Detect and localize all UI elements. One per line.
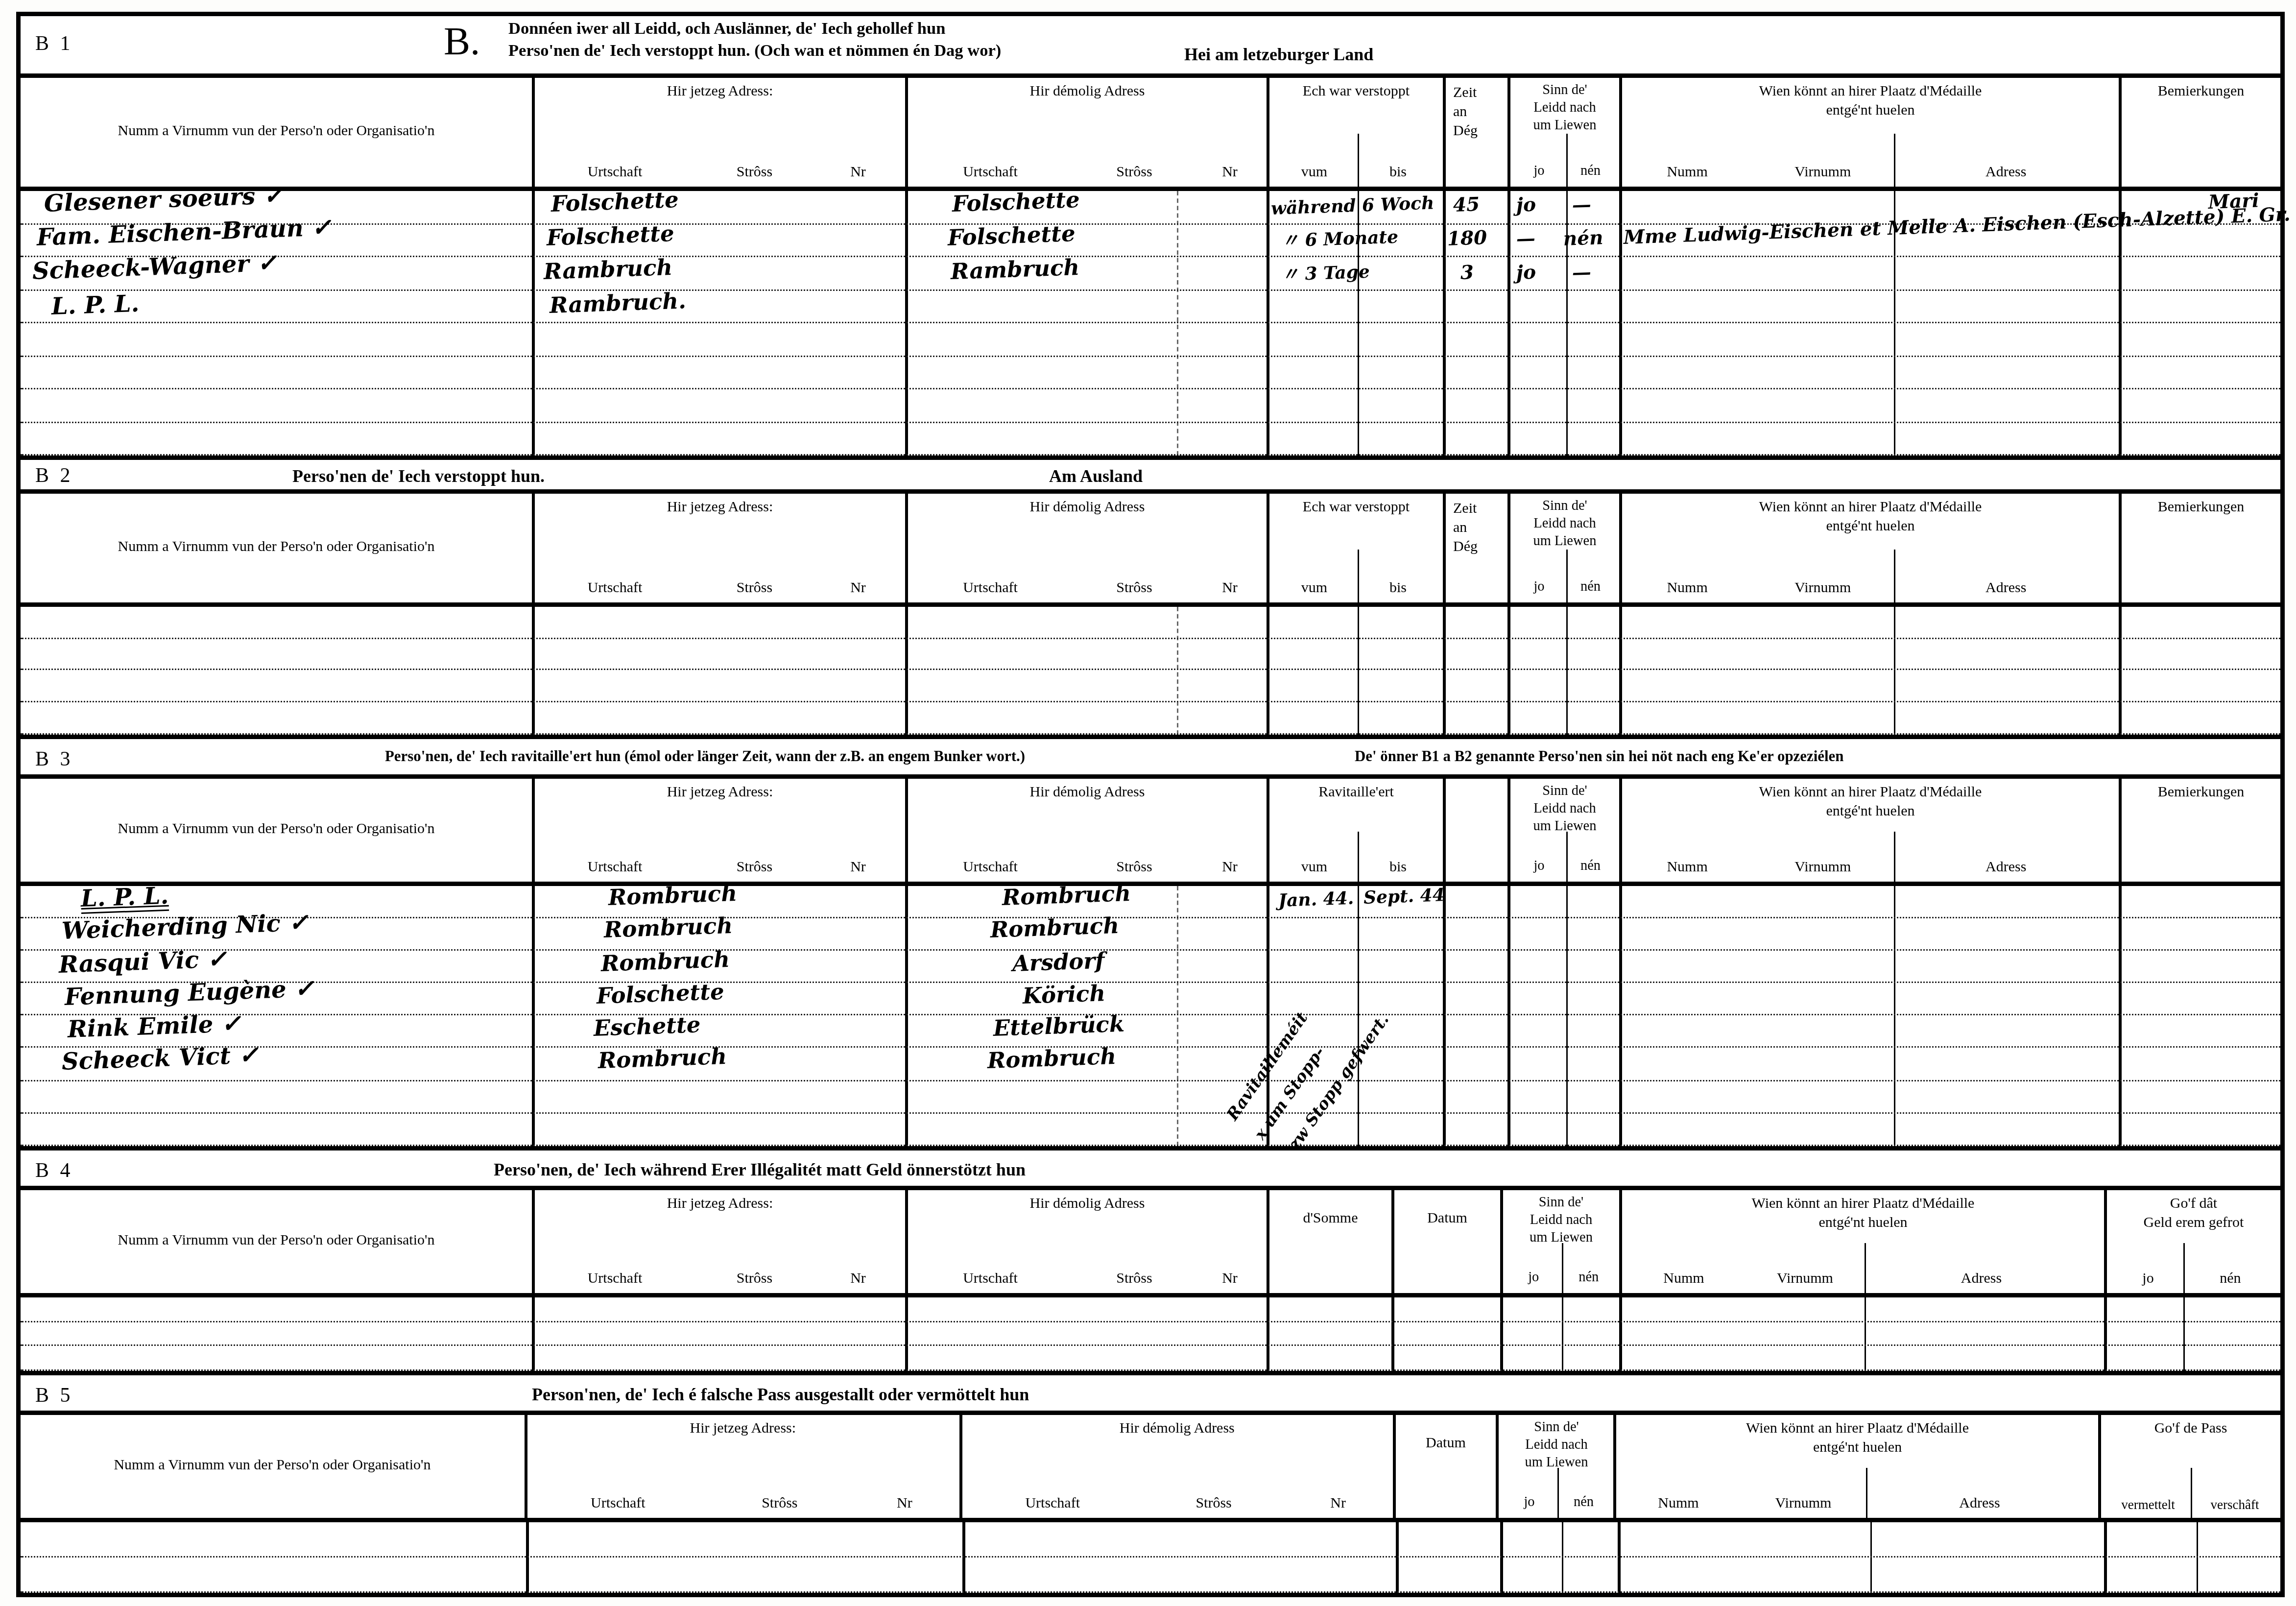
hw-b3-jetzeg-3: Folschette bbox=[596, 982, 724, 1008]
sub-numm: Numm bbox=[1625, 164, 1749, 183]
b5-data-area bbox=[21, 1522, 2280, 1593]
b3-col-zeit bbox=[1446, 779, 1510, 882]
b4-col-demolig: Hir démolig Adress UrtschaftStrôssNr bbox=[908, 1190, 1269, 1293]
medal-l1: Wien könnt an hirer Plaatz d'Médaille bbox=[1752, 1196, 1975, 1212]
b4-datum-label: Datum bbox=[1397, 1211, 1497, 1229]
b5-title: Person'nen, de' Iech é falsche Pass ausg… bbox=[532, 1384, 1029, 1406]
sub-adress: Adress bbox=[1869, 1495, 2090, 1514]
sub-jo: jo bbox=[1513, 860, 1565, 877]
sub-bis: bis bbox=[1356, 859, 1440, 878]
sub-stross: Strôss bbox=[692, 164, 817, 183]
section-b3-id: B 3 bbox=[35, 749, 73, 773]
sub-nr: Nr bbox=[817, 1270, 899, 1289]
hw-b3-jetzeg-1: Rombruch bbox=[603, 915, 733, 942]
b3-title2: De' önner B1 a B2 genannte Perso'nen sin… bbox=[1355, 749, 1844, 766]
hw-b3-vum: Jan. 44. bbox=[1278, 889, 1354, 910]
sub-stross: Strôss bbox=[706, 1495, 853, 1514]
sinn-l2: Leidd nach bbox=[1525, 1438, 1587, 1453]
hw-b3-name-5: Scheeck Vict ✓ bbox=[61, 1044, 259, 1074]
medal-l1: Wien könnt an hirer Plaatz d'Médaille bbox=[1746, 1421, 1969, 1437]
sub-numm: Numm bbox=[1620, 1495, 1737, 1514]
hw-b1-jetzeg-0: Folschette bbox=[550, 190, 679, 216]
sub-nen: nén bbox=[1556, 1496, 1611, 1513]
gof-pass-label: Go'f de Pass bbox=[2104, 1421, 2277, 1439]
b3-demolig-label: Hir démolig Adress bbox=[911, 785, 1264, 803]
b2-bem-label: Bemierkungen bbox=[2125, 500, 2277, 518]
hw-b1-zeit-0: 45 bbox=[1453, 196, 1480, 216]
b2-title: Perso'nen de' Iech verstoppt hun. bbox=[292, 466, 545, 488]
b4-col-medal: Wien könnt an hirer Plaatz d'Médailleent… bbox=[1622, 1190, 2107, 1293]
b1-col-jetzeg: Hir jetzeg Adress: UrtschaftStrôssNr bbox=[535, 78, 908, 187]
b4-col-name: Numm a Virnumm vun der Perso'n oder Orga… bbox=[21, 1190, 535, 1293]
b4-data-area bbox=[21, 1297, 2280, 1371]
b5-datum-label: Datum bbox=[1398, 1436, 1493, 1454]
sub-urtschaft: Urtschaft bbox=[530, 1495, 706, 1514]
sub-numm: Numm bbox=[1625, 859, 1749, 878]
sub-nen: nén bbox=[1565, 860, 1616, 877]
zeit-l3: Dég bbox=[1453, 539, 1478, 555]
b2-col-bemierkungen: Bemierkungen bbox=[2122, 494, 2280, 602]
sub-stross: Strôss bbox=[692, 580, 817, 599]
sinn-l2: Leidd nach bbox=[1533, 517, 1596, 532]
b2-col-verstoppt: Ech war verstoppt vumbis bbox=[1269, 494, 1446, 602]
zeit-l2: an bbox=[1453, 104, 1467, 120]
hw-b3-name-4: Rink Emile ✓ bbox=[67, 1012, 241, 1042]
b5-col-gof-pass: Go'f de Pass vermetteltverschâft bbox=[2101, 1415, 2280, 1518]
section-b4-id: B 4 bbox=[35, 1161, 73, 1184]
b1-demolig-label: Hir démolig Adress bbox=[911, 84, 1264, 102]
sinn-l1: Sinn de' bbox=[1542, 500, 1587, 514]
b2-row-lines bbox=[21, 607, 2280, 735]
sub-jo: jo bbox=[1513, 580, 1565, 598]
b3-row-lines bbox=[21, 886, 2280, 1146]
hw-b3-demolig-5: Rombruch bbox=[987, 1046, 1116, 1073]
sinn-l3: um Liewen bbox=[1530, 1231, 1593, 1246]
b5-col-datum: Datum bbox=[1395, 1415, 1499, 1518]
b4-header-row: Numm a Virnumm vun der Perso'n oder Orga… bbox=[21, 1190, 2280, 1297]
b5-col-name-label: Numm a Virnumm vun der Perso'n oder Orga… bbox=[24, 1458, 521, 1477]
sub-stross: Strôss bbox=[692, 859, 817, 878]
sub-nen: nén bbox=[1561, 1271, 1617, 1289]
b1-col-demolig: Hir démolig Adress UrtschaftStrôssNr bbox=[908, 78, 1269, 187]
b4-jetzeg-label: Hir jetzeg Adress: bbox=[538, 1196, 902, 1215]
section-b5-id: B 5 bbox=[35, 1386, 73, 1409]
sinn-l1: Sinn de' bbox=[1534, 1421, 1578, 1436]
medal-l1: Wien könnt an hirer Plaatz d'Médaille bbox=[1759, 84, 1982, 100]
b1-data-area: Glesener soeurs ✓ Fam. Eischen-Braun ✓ S… bbox=[21, 191, 2280, 455]
sinn-l3: um Liewen bbox=[1533, 119, 1596, 133]
sub-numm: Numm bbox=[1625, 1270, 1743, 1289]
medal-l1: Wien könnt an hirer Plaatz d'Médaille bbox=[1759, 785, 1982, 801]
b2-col-demolig: Hir démolig Adress UrtschaftStrôssNr bbox=[908, 494, 1269, 602]
sub-vum: vum bbox=[1272, 859, 1356, 878]
b4-somme-label: d'Somme bbox=[1272, 1211, 1388, 1229]
hw-b1-jetzeg-2: Rambruch bbox=[543, 257, 673, 284]
b3-col-ravitailleert: Ravitaille'ert vumbis bbox=[1269, 779, 1446, 882]
b2-demolig-label: Hir démolig Adress bbox=[911, 500, 1264, 518]
b3-data-area: L. P. L. Weicherding Nic ✓ Rasqui Vic ✓ … bbox=[21, 886, 2280, 1146]
hw-b1-verstoppt-2: 〃 3 Tage bbox=[1281, 263, 1370, 284]
sub-jo: jo bbox=[1506, 1271, 1561, 1289]
b4-col-somme: d'Somme bbox=[1269, 1190, 1394, 1293]
sub-stross: Strôss bbox=[1070, 164, 1199, 183]
medal-l2: entgé'nt huelen bbox=[1826, 803, 1914, 819]
hw-b1-jo-1: — bbox=[1516, 230, 1535, 250]
b3-col-name-label: Numm a Virnumm vun der Perso'n oder Orga… bbox=[24, 822, 529, 840]
form-title-line2: Perso'nen de' Iech verstoppt hun. (Och w… bbox=[508, 43, 1001, 60]
b1-col-sinn: Sinn de'Leidd nachum Liewen jonén bbox=[1510, 78, 1622, 187]
sub-verschafft: verschâft bbox=[2192, 1497, 2277, 1513]
medal-l2: entgé'nt huelen bbox=[1826, 518, 1914, 534]
b2-col-medal: Wien könnt an hirer Plaatz d'Médailleent… bbox=[1622, 494, 2122, 602]
b3-col-demolig: Hir démolig Adress UrtschaftStrôssNr bbox=[908, 779, 1269, 882]
b2-col-jetzeg: Hir jetzeg Adress: UrtschaftStrôssNr bbox=[535, 494, 908, 602]
section-b4-band: B 4 Perso'nen, de' Iech während Erer Ill… bbox=[21, 1146, 2280, 1190]
form-frame: B 1 B. Donnéen iwer all Leidd, och Auslä… bbox=[16, 12, 2285, 1597]
b1-col-name: Numm a Virnumm vun der Perso'n oder Orga… bbox=[21, 78, 535, 187]
b5-row-lines bbox=[21, 1522, 2280, 1593]
sub-adress: Adress bbox=[1896, 580, 2116, 599]
b4-col-gof-geld: Go'f dâtGeld erem gefrot jonén bbox=[2107, 1190, 2280, 1293]
sinn-l3: um Liewen bbox=[1533, 534, 1596, 549]
b4-demolig-label: Hir démolig Adress bbox=[911, 1196, 1264, 1215]
sub-urtschaft: Urtschaft bbox=[538, 1270, 692, 1289]
b2-col-name-label: Numm a Virnumm vun der Perso'n oder Orga… bbox=[24, 540, 529, 558]
hw-b3-demolig-1: Rombruch bbox=[990, 915, 1119, 942]
b3-col-jetzeg: Hir jetzeg Adress: UrtschaftStrôssNr bbox=[535, 779, 908, 882]
sub-virnumm: Virnumm bbox=[1737, 1495, 1869, 1514]
sub-nr: Nr bbox=[817, 164, 899, 183]
b3-header-row: Numm a Virnumm vun der Perso'n oder Orga… bbox=[21, 779, 2280, 886]
b5-col-medal: Wien könnt an hirer Plaatz d'Médailleent… bbox=[1617, 1415, 2101, 1518]
sub-nr: Nr bbox=[1199, 859, 1261, 878]
b2-data-area bbox=[21, 607, 2280, 735]
sub-urtschaft: Urtschaft bbox=[911, 859, 1070, 878]
b3-ravit-label: Ravitaille'ert bbox=[1272, 785, 1440, 803]
sub-adress: Adress bbox=[1896, 859, 2116, 878]
b2-jetzeg-label: Hir jetzeg Adress: bbox=[538, 500, 902, 518]
sub-urtschaft: Urtschaft bbox=[911, 1270, 1070, 1289]
b1-header-row: Numm a Virnumm vun der Perso'n oder Orga… bbox=[21, 78, 2280, 191]
sub-nen: nén bbox=[1565, 580, 1616, 598]
b1-verstoppt-label: Ech war verstoppt bbox=[1272, 84, 1440, 102]
section-b1-band: B 1 B. Donnéen iwer all Leidd, och Auslä… bbox=[21, 16, 2280, 78]
b4-col-datum: Datum bbox=[1394, 1190, 1503, 1293]
b2-verstoppt-label: Ech war verstoppt bbox=[1272, 500, 1440, 518]
hw-b1-zeit-2: 3 bbox=[1460, 264, 1474, 284]
b5-header-row: Numm a Virnumm vun der Perso'n oder Orga… bbox=[21, 1415, 2280, 1522]
sub-vum: vum bbox=[1272, 580, 1356, 599]
zeit-l1: Zeit bbox=[1453, 85, 1477, 101]
b1-jetzeg-label: Hir jetzeg Adress: bbox=[538, 84, 902, 102]
b5-col-jetzeg: Hir jetzeg Adress: UrtschaftStrôssNr bbox=[527, 1415, 962, 1518]
hw-b3-demolig-2: Arsdorf bbox=[1012, 950, 1105, 976]
b1-col-name-label: Numm a Virnumm vun der Perso'n oder Orga… bbox=[24, 124, 529, 143]
b3-jetzeg-label: Hir jetzeg Adress: bbox=[538, 785, 902, 803]
sub-stross: Strôss bbox=[1141, 1495, 1287, 1514]
b3-col-medal: Wien könnt an hirer Plaatz d'Médailleent… bbox=[1622, 779, 2122, 882]
sub-nr: Nr bbox=[1199, 164, 1261, 183]
sub-virnumm: Virnumm bbox=[1749, 580, 1896, 599]
sub-adress: Adress bbox=[1867, 1270, 2095, 1289]
b4-title: Perso'nen, de' Iech während Erer Illégal… bbox=[494, 1159, 1026, 1181]
b1-col-medal: Wien könnt an hirer Plaatz d'Médailleent… bbox=[1622, 78, 2122, 187]
b3-col-bemierkungen: Bemierkungen bbox=[2122, 779, 2280, 882]
sinn-l1: Sinn de' bbox=[1539, 1196, 1583, 1211]
b2-header-row: Numm a Virnumm vun der Perso'n oder Orga… bbox=[21, 494, 2280, 607]
sub-adress: Adress bbox=[1896, 164, 2116, 183]
sub-virnumm: Virnumm bbox=[1749, 164, 1896, 183]
sub-nr: Nr bbox=[1287, 1495, 1389, 1514]
hw-b1-jetzeg-1: Folschette bbox=[546, 223, 674, 250]
sinn-l3: um Liewen bbox=[1525, 1456, 1588, 1470]
hw-b1-verstoppt-0: während 6 Woch bbox=[1270, 194, 1434, 217]
sub-nen: nén bbox=[1565, 165, 1616, 182]
hw-b3-demolig-3: Körich bbox=[1022, 983, 1106, 1008]
hw-b1-verstoppt-1: 〃 6 Monate bbox=[1281, 228, 1398, 250]
medal-l2: entgé'nt huelen bbox=[1818, 1215, 1907, 1231]
b2-col-zeit: ZeitanDég bbox=[1446, 494, 1510, 602]
hw-b1-name-3: L. P. L. bbox=[51, 292, 140, 319]
sub-stross: Strôss bbox=[1070, 859, 1199, 878]
sub-nr: Nr bbox=[817, 580, 899, 599]
hw-b3-name-0: L. P. L. bbox=[80, 885, 169, 911]
sinn-l1: Sinn de' bbox=[1542, 84, 1587, 98]
sub-jo: jo bbox=[1513, 165, 1565, 182]
sub-nr: Nr bbox=[817, 859, 899, 878]
form-title-line1: Donnéen iwer all Leidd, och Auslänner, d… bbox=[508, 21, 945, 38]
sub-urtschaft: Urtschaft bbox=[965, 1495, 1141, 1514]
sinn-l2: Leidd nach bbox=[1533, 802, 1596, 817]
b1-col-bemierkungen: Bemierkungen bbox=[2122, 78, 2280, 187]
b5-jetzeg-label: Hir jetzeg Adress: bbox=[530, 1421, 956, 1439]
sinn-l1: Sinn de' bbox=[1542, 785, 1587, 799]
b3-col-sinn: Sinn de'Leidd nachum Liewen jonén bbox=[1510, 779, 1622, 882]
hw-b1-jo-0: jo bbox=[1516, 196, 1536, 216]
b3-bem-label: Bemierkungen bbox=[2125, 785, 2277, 803]
hw-b3-jetzeg-5: Rombruch bbox=[598, 1046, 727, 1073]
b5-col-sinn: Sinn de'Leidd nachum Liewen jonén bbox=[1499, 1415, 1617, 1518]
gof-geld-l2: Geld erem gefrot bbox=[2144, 1215, 2244, 1231]
b2-col-name: Numm a Virnumm vun der Perso'n oder Orga… bbox=[21, 494, 535, 602]
sub-numm: Numm bbox=[1625, 580, 1749, 599]
hw-b3-demolig-4: Ettelbrück bbox=[993, 1014, 1124, 1040]
sub-nr: Nr bbox=[853, 1495, 956, 1514]
hw-b3-jetzeg-4: Eschette bbox=[593, 1014, 701, 1040]
b3-col-name: Numm a Virnumm vun der Perso'n oder Orga… bbox=[21, 779, 535, 882]
sub-nr: Nr bbox=[1199, 1270, 1261, 1289]
sub-jo: jo bbox=[1502, 1496, 1556, 1513]
b1-bem-label: Bemierkungen bbox=[2125, 84, 2277, 102]
sub-jo: jo bbox=[2110, 1270, 2186, 1289]
sub-urtschaft: Urtschaft bbox=[911, 580, 1070, 599]
b4-col-name-label: Numm a Virnumm vun der Perso'n oder Orga… bbox=[24, 1233, 529, 1252]
sinn-l2: Leidd nach bbox=[1533, 101, 1596, 116]
gof-geld-l1: Go'f dât bbox=[2170, 1196, 2217, 1212]
section-b2-band: B 2 Perso'nen de' Iech verstoppt hun. Am… bbox=[21, 455, 2280, 494]
b4-col-sinn: Sinn de'Leidd nachum Liewen jonén bbox=[1503, 1190, 1622, 1293]
hw-b1-nen-1: nén bbox=[1563, 229, 1603, 250]
sub-virnumm: Virnumm bbox=[1749, 859, 1896, 878]
section-b3-band: B 3 Perso'nen, de' Iech ravitaille'ert h… bbox=[21, 735, 2280, 779]
sub-urtschaft: Urtschaft bbox=[911, 164, 1070, 183]
section-b2-id: B 2 bbox=[35, 466, 73, 489]
hw-b1-nen-2: — bbox=[1572, 264, 1591, 284]
zeit-l2: an bbox=[1453, 520, 1467, 536]
sub-vermettelt: vermettelt bbox=[2104, 1497, 2192, 1513]
section-b-letter: B. bbox=[444, 19, 480, 65]
medal-l1: Wien könnt an hirer Plaatz d'Médaille bbox=[1759, 500, 1982, 516]
b2-title-right: Am Ausland bbox=[1049, 466, 1143, 488]
hw-b3-demolig-0: Rombruch bbox=[1002, 883, 1131, 910]
sub-virnumm: Virnumm bbox=[1743, 1270, 1867, 1289]
zeit-l1: Zeit bbox=[1453, 501, 1477, 517]
b1-col-zeit: ZeitanDég bbox=[1446, 78, 1510, 187]
b2-col-sinn: Sinn de'Leidd nachum Liewen jonén bbox=[1510, 494, 1622, 602]
medal-l2: entgé'nt huelen bbox=[1826, 102, 1914, 119]
scanned-form-page: B 1 B. Donnéen iwer all Leidd, och Auslä… bbox=[0, 0, 2296, 1606]
section-b5-band: B 5 Person'nen, de' Iech é falsche Pass … bbox=[21, 1371, 2280, 1415]
hw-b1-remark: Mari bbox=[2208, 192, 2259, 213]
hw-b3-jetzeg-0: Rombruch bbox=[608, 883, 737, 910]
sinn-l3: um Liewen bbox=[1533, 819, 1596, 834]
sub-bis: bis bbox=[1356, 580, 1440, 599]
sub-stross: Strôss bbox=[692, 1270, 817, 1289]
b5-demolig-label: Hir démolig Adress bbox=[965, 1421, 1389, 1439]
hw-b1-demolig-1: Folschette bbox=[947, 223, 1076, 250]
hw-b1-zeit-1: 180 bbox=[1447, 229, 1487, 250]
hw-b1-jo-2: jo bbox=[1516, 264, 1536, 284]
b5-col-name: Numm a Virnumm vun der Perso'n oder Orga… bbox=[21, 1415, 527, 1518]
sub-stross: Strôss bbox=[1070, 580, 1199, 599]
hw-b1-nen-0: — bbox=[1572, 196, 1591, 216]
hw-b1-demolig-2: Rambruch bbox=[950, 257, 1080, 284]
sub-bis: bis bbox=[1356, 164, 1440, 183]
form-title-right: Hei am letzeburger Land bbox=[1184, 44, 1373, 66]
sub-nr: Nr bbox=[1199, 580, 1261, 599]
hw-b1-jetzeg-3: Rambruch. bbox=[549, 290, 686, 317]
b5-col-demolig: Hir démolig Adress UrtschaftStrôssNr bbox=[962, 1415, 1395, 1518]
zeit-l3: Dég bbox=[1453, 123, 1478, 140]
sub-urtschaft: Urtschaft bbox=[538, 164, 692, 183]
sub-nen: nén bbox=[2186, 1270, 2274, 1289]
b4-col-jetzeg: Hir jetzeg Adress: UrtschaftStrôssNr bbox=[535, 1190, 908, 1293]
sinn-l2: Leidd nach bbox=[1530, 1214, 1592, 1228]
section-b1-id: B 1 bbox=[35, 34, 73, 57]
sub-urtschaft: Urtschaft bbox=[538, 580, 692, 599]
b4-row-lines bbox=[21, 1297, 2280, 1371]
sub-urtschaft: Urtschaft bbox=[538, 859, 692, 878]
b3-title: Perso'nen, de' Iech ravitaille'ert hun (… bbox=[385, 749, 1025, 766]
hw-b3-jetzeg-2: Rombruch bbox=[600, 949, 730, 976]
sub-stross: Strôss bbox=[1070, 1270, 1199, 1289]
hw-b3-name-2: Rasqui Vic ✓ bbox=[58, 948, 227, 977]
sub-vum: vum bbox=[1272, 164, 1356, 183]
hw-b1-demolig-0: Folschette bbox=[952, 190, 1080, 216]
medal-l2: entgé'nt huelen bbox=[1813, 1439, 1902, 1456]
b1-col-verstoppt: Ech war verstoppt vumbis bbox=[1269, 78, 1446, 187]
